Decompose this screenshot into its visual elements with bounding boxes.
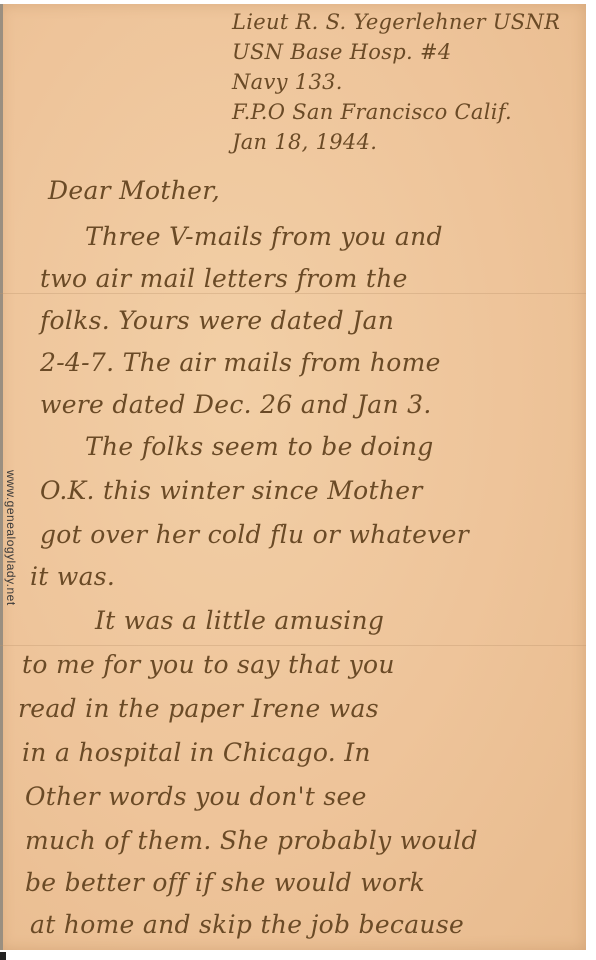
body-line: read in the paper Irene was [18,694,379,723]
fold-line [0,293,586,294]
body-line: 2-4-7. The air mails from home [40,348,441,377]
paper-edge [0,4,3,950]
body-line: be better off if she would work [25,868,425,897]
body-line: got over her cold flu or whatever [40,520,469,549]
letter-date: Jan 18, 1944. [232,130,377,154]
sender-fpo: F.P.O San Francisco Calif. [232,100,512,124]
salutation: Dear Mother, [48,176,220,205]
body-line: O.K. this winter since Mother [40,476,423,505]
body-line: two air mail letters from the [40,264,408,293]
sender-name: Lieut R. S. Yegerlehner USNR [232,10,560,34]
sender-navy-number: Navy 133. [232,70,343,94]
body-line: It was a little amusing [95,606,384,635]
fold-line [0,645,586,646]
body-line: at home and skip the job because [30,910,464,939]
body-line: were dated Dec. 26 and Jan 3. [40,390,432,419]
body-line: Other words you don't see [25,782,367,811]
body-line: it was. [30,562,115,591]
body-line: much of them. She probably would [25,826,478,855]
body-line: to me for you to say that you [22,650,395,679]
watermark: www.genealogylady.net [4,470,18,606]
sender-unit: USN Base Hosp. #4 [232,40,452,64]
body-line: in a hospital in Chicago. In [22,738,371,767]
body-line: folks. Yours were dated Jan [40,306,394,335]
scan-mark [0,952,6,960]
body-line: The folks seem to be doing [85,432,434,461]
body-line: Three V-mails from you and [85,222,443,251]
